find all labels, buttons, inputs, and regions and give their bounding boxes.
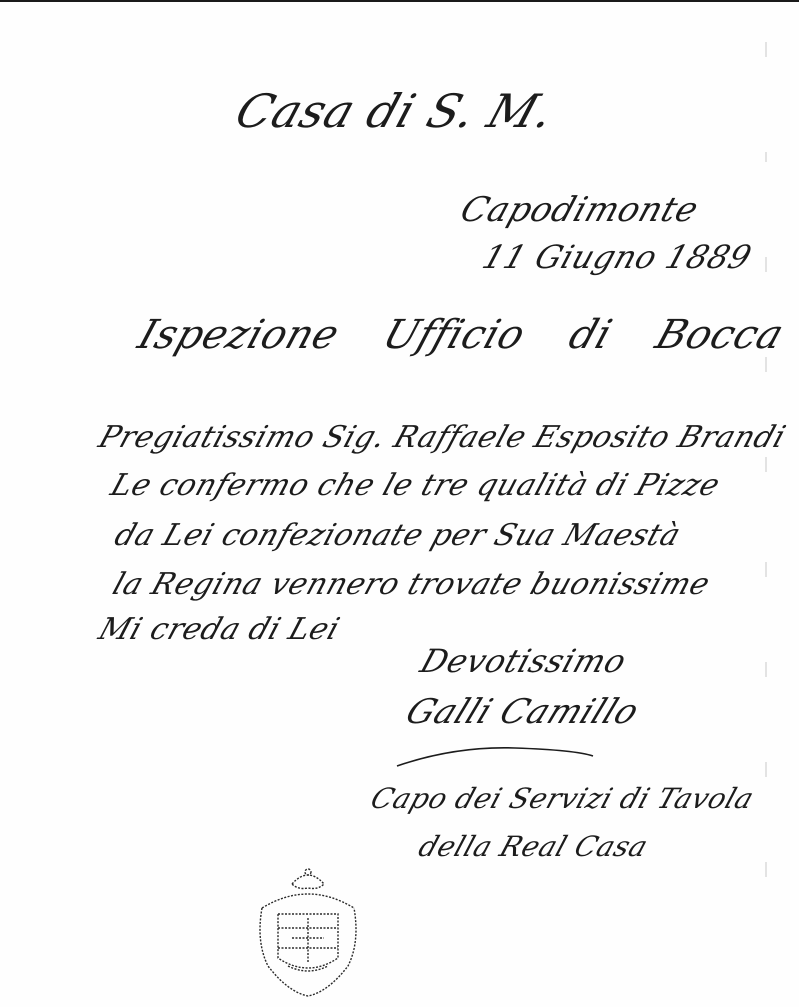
- signatory-title-line: della Real Casa: [415, 830, 653, 863]
- signature: Galli Camillo: [400, 692, 645, 732]
- body-line: Le confermo che le tre qualità di Pizze: [106, 468, 724, 503]
- letter-date: 11 Giugno 1889: [478, 238, 757, 276]
- body-line: Mi creda di Lei: [94, 612, 344, 647]
- body-line: Pregiatissimo Sig. Raffaele Esposito Bra…: [94, 420, 790, 455]
- body-line: la Regina vennero trovate buonissime: [108, 567, 714, 602]
- signature-flourish-icon: [395, 738, 595, 768]
- scan-margin-marks: [764, 2, 768, 1007]
- body-line: da Lei confezionate per Sua Maestà: [110, 518, 685, 553]
- letter-place: Capodimonte: [456, 190, 704, 230]
- signatory-title-line: Capo dei Servizi di Tavola: [367, 782, 759, 815]
- letter-department: Ispezione Ufficio di Bocca: [133, 312, 790, 358]
- letter-closing: Devotissimo: [416, 642, 632, 680]
- coat-of-arms-icon: [248, 862, 368, 1002]
- letter-heading: Casa di S. M.: [229, 84, 561, 138]
- letter-page: Casa di S. M. Capodimonte 11 Giugno 1889…: [0, 2, 799, 1007]
